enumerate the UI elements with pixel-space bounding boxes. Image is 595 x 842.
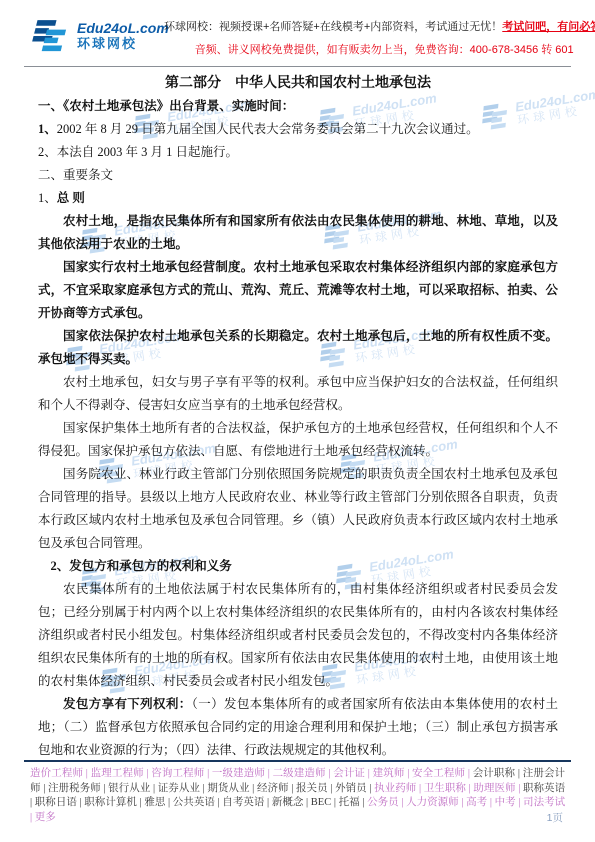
footer-link-separator: | [416, 783, 423, 794]
footer-link-separator: | [399, 797, 406, 808]
paragraph: 2、本法自 2003 年 3 月 1 日起施行。 [38, 141, 558, 164]
footer-link-separator: | [83, 768, 91, 779]
page-header: Edu24oL.com 环球网校 环球网校：视频授课+名师答疑+在线模考+内部资… [26, 8, 571, 64]
footer-link[interactable]: 证券从业 [158, 783, 200, 794]
header-text: 环球网校：视频授课+名师答疑+在线模考+内部资料，考试通过无忧！考试问吧，有问必… [164, 16, 595, 57]
footer-link-separator: | [516, 797, 523, 808]
document-content: 第二部分 中华人民共和国农村土地承包法 一、《农村土地承包法》出台背景、实施时间… [38, 72, 558, 762]
text-run: 国家依法保护农村土地承包关系的长期稳定。农村土地承包后，土地的所有权性质不变。承… [38, 329, 558, 366]
footer-link[interactable]: 新概念 [272, 797, 304, 808]
footer-link[interactable]: 职称英语 [523, 783, 565, 794]
paragraph: 农村土地，是指农民集体所有和国家所有依法由农民集体使用的耕地、林地、草地，以及其… [38, 210, 558, 256]
footer-link[interactable]: 报关员 [296, 783, 328, 794]
footer-link-separator: | [250, 783, 257, 794]
footer-link[interactable]: 二级建造师 [273, 768, 326, 779]
document-body: 一、《农村土地承包法》出台背景、实施时间：1、2002 年 8 月 29 日第九… [38, 95, 558, 762]
logo-site-name-cn: 环球网校 [77, 37, 169, 51]
logo-site-name: Edu24oL.com [77, 21, 169, 36]
text-run: 农村土地，是指农民集体所有和国家所有依法由农民集体使用的耕地、林地、草地，以及其… [38, 214, 558, 251]
footer-link-separator: | [328, 783, 335, 794]
footer-link-separator: | [41, 783, 48, 794]
text-run: 农民集体所有的土地依法属于村农民集体所有的，由村集体经济组织或者村民委员会发包；… [38, 582, 558, 688]
footer-link[interactable]: 公务员 [367, 797, 399, 808]
text-run: 国务院农业、林业行政主管部门分别依照国务院规定的职责负责全国农村土地承包及承包合… [38, 467, 558, 550]
footer-link[interactable]: 咨询工程师 [151, 768, 204, 779]
footer-link[interactable]: 监理工程师 [91, 768, 144, 779]
text-run: 1、 [38, 122, 57, 136]
text-run: 2002 年 8 月 29 日第九届全国人民代表大会常务委员会第二十九次会议通过… [57, 122, 479, 136]
footer-link[interactable]: 建筑师 [373, 768, 405, 779]
footer-link-separator: | [459, 797, 466, 808]
footer-link[interactable]: 职称日语 [35, 797, 77, 808]
header-slogan: 环球网校：视频授课+名师答疑+在线模考+内部资料，考试通过无忧！考试问吧，有问必… [164, 18, 595, 34]
footer-links: 造价工程师 | 监理工程师 | 咨询工程师 | 一级建造师 | 二级建造师 | … [30, 767, 565, 825]
footer-link-separator: | [150, 783, 157, 794]
section-heading-1: 一、《农村土地承包法》出台背景、实施时间： [38, 95, 558, 118]
footer-link-separator: | [204, 768, 212, 779]
header-ask-link[interactable]: 考试问吧，有问必答 [502, 21, 595, 33]
footer-link[interactable]: 银行从业 [108, 783, 150, 794]
footer-link-separator: | [515, 768, 523, 779]
paragraph: 1、2002 年 8 月 29 日第九届全国人民代表大会常务委员会第二十九次会议… [38, 118, 558, 141]
footer-link-separator: | [516, 783, 523, 794]
footer-divider [24, 760, 571, 762]
edu24ol-logo-icon [26, 16, 72, 56]
footer-link[interactable]: 托福 [339, 797, 360, 808]
footer-link[interactable]: BEC [311, 797, 331, 808]
footer-link[interactable]: 雅思 [144, 797, 165, 808]
footer-link-separator: | [487, 797, 494, 808]
footer-link-separator: | [165, 797, 172, 808]
text-run: 2、发包方和承包方的权利和义务 [51, 559, 232, 573]
page-number: 1页 [547, 810, 563, 825]
footer-link-separator: | [265, 768, 273, 779]
footer-link[interactable]: 期货从业 [207, 783, 249, 794]
footer-link[interactable]: 外销员 [335, 783, 367, 794]
text-run: 国家保护集体土地所有者的合法权益，保护承包方的土地承包经营权，任何组织和个人不得… [38, 421, 558, 458]
text-run: 国家实行农村土地承包经营制度。农村土地承包采取农村集体经济组织内部的家庭承包方式… [38, 260, 558, 320]
footer-link[interactable]: 人力资源师 [406, 797, 459, 808]
footer-link[interactable]: 职称计算机 [84, 797, 137, 808]
footer-link[interactable]: 司法考试 [523, 797, 565, 808]
footer-link[interactable]: 助理医师 [473, 783, 515, 794]
footer-link[interactable]: 公共英语 [173, 797, 215, 808]
paragraph: 国家依法保护农村土地承包关系的长期稳定。农村土地承包后，土地的所有权性质不变。承… [38, 325, 558, 371]
logo-text: Edu24oL.com 环球网校 [77, 21, 169, 51]
footer-link-separator: | [303, 797, 310, 808]
footer-link[interactable]: 造价工程师 [30, 768, 83, 779]
text-run: 发包方享有下列权利： [63, 697, 192, 711]
footer-link[interactable]: 注册税务师 [48, 783, 101, 794]
footer-link[interactable]: 卫生职称 [424, 783, 466, 794]
text-run: 总 则 [57, 191, 85, 205]
paragraph: 国家保护集体土地所有者的合法权益，保护承包方的土地承包经营权，任何组织和个人不得… [38, 417, 558, 463]
subsection-heading-1: 1、总 则 [38, 187, 558, 210]
footer-link[interactable]: 一级建造师 [212, 768, 265, 779]
text-run: 1、 [38, 191, 57, 205]
footer-link[interactable]: 安全工程师 [412, 768, 465, 779]
header-divider [24, 66, 571, 67]
footer-link[interactable]: 高考 [466, 797, 487, 808]
footer-link[interactable]: 执业药师 [374, 783, 416, 794]
footer-link[interactable]: 会计职称 [473, 768, 515, 779]
text-run: 农村土地承包，妇女与男子享有平等的权利。承包中应当保护妇女的合法权益，任何组织和… [38, 375, 558, 412]
header-contact-line: 音频、讲义网校免费提供，如有贩卖勿上当，免费咨询：400-678-3456 转 … [164, 41, 595, 57]
document-title: 第二部分 中华人民共和国农村土地承包法 [38, 72, 558, 95]
subsection-heading-2: 2、发包方和承包方的权利和义务 [38, 555, 558, 578]
paragraph: 农民集体所有的土地依法属于村农民集体所有的，由村集体经济组织或者村民委员会发包；… [38, 578, 558, 693]
section-heading-2: 二、重要条文 [38, 164, 558, 187]
paragraph: 国家实行农村土地承包经营制度。农村土地承包采取农村集体经济组织内部的家庭承包方式… [38, 256, 558, 325]
footer-link-separator: | [404, 768, 412, 779]
footer-link[interactable]: 更多 [35, 812, 56, 823]
document-page: Edu24oL.com环球网校Edu24oL.com环球网校Edu24oL.co… [0, 0, 595, 842]
footer-link-separator: | [365, 768, 373, 779]
footer-link-separator: | [360, 797, 367, 808]
header-slogan-text: 环球网校：视频授课+名师答疑+在线模考+内部资料，考试通过无忧！ [164, 21, 502, 33]
footer-link-separator: | [331, 797, 338, 808]
text-run: 2、本法自 2003 年 3 月 1 日起施行。 [38, 145, 238, 159]
footer-link[interactable]: 经济师 [257, 783, 289, 794]
footer-link-separator: | [264, 797, 271, 808]
footer-link[interactable]: 中考 [495, 797, 516, 808]
footer-link-separator: | [465, 768, 473, 779]
paragraph: 农村土地承包，妇女与男子享有平等的权利。承包中应当保护妇女的合法权益，任何组织和… [38, 371, 558, 417]
text-run: 二、重要条文 [38, 168, 113, 182]
footer-link-separator: | [289, 783, 296, 794]
footer-link-separator: | [101, 783, 108, 794]
footer-link[interactable]: 自考英语 [222, 797, 264, 808]
paragraph: 发包方享有下列权利：（一）发包本集体所有的或者国家所有依法由本集体使用的农村土地… [38, 693, 558, 762]
paragraph: 国务院农业、林业行政主管部门分别依照国务院规定的职责负责全国农村土地承包及承包合… [38, 463, 558, 555]
footer-link[interactable]: 会计证 [333, 768, 365, 779]
site-logo: Edu24oL.com 环球网校 [26, 16, 164, 56]
text-run: 一、《农村土地承包法》出台背景、实施时间： [38, 99, 294, 113]
